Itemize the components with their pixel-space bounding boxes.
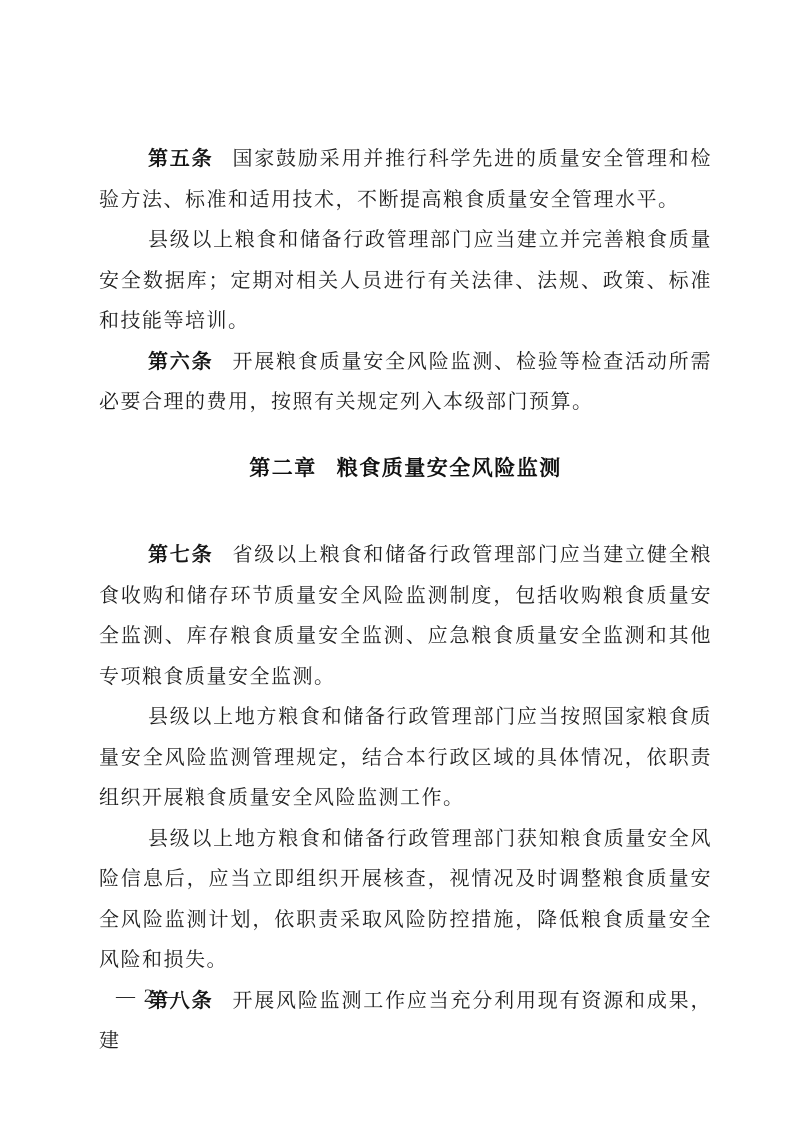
chapter-2-title: 粮食质量安全风险监测 <box>337 457 562 480</box>
document-body: 第五条国家鼓励采用并推行科学先进的质量安全管理和检验方法、标准和适用技术，不断提… <box>99 139 712 1062</box>
paragraph-risk-response: 县级以上地方粮食和储备行政管理部门获知粮食质量安全风险信息后，应当立即组织开展核… <box>99 819 712 981</box>
paragraph-training-database: 县级以上粮食和储备行政管理部门应当建立并完善粮食质量安全数据库；定期对相关人员进… <box>99 220 712 342</box>
article-5-paragraph: 第五条国家鼓励采用并推行科学先进的质量安全管理和检验方法、标准和适用技术，不断提… <box>99 139 712 220</box>
paragraph-local-monitoring-text: 县级以上地方粮食和储备行政管理部门应当按照国家粮食质量安全风险监测管理规定，结合… <box>99 706 712 809</box>
page-number: — 2 — <box>116 986 183 1008</box>
article-6-paragraph: 第六条开展粮食质量安全风险监测、检验等检查活动所需必要合理的费用，按照有关规定列… <box>99 342 712 423</box>
article-5-label: 第五条 <box>148 148 213 170</box>
article-8-paragraph: 第八条开展风险监测工作应当充分利用现有资源和成果，建 <box>99 981 712 1062</box>
chapter-2-label: 第二章 <box>249 457 317 480</box>
article-7-paragraph: 第七条省级以上粮食和储备行政管理部门应当建立健全粮食收购和储存环节质量安全风险监… <box>99 535 712 697</box>
document-page: 第五条国家鼓励采用并推行科学先进的质量安全管理和检验方法、标准和适用技术，不断提… <box>0 0 794 1123</box>
paragraph-risk-response-text: 县级以上地方粮食和储备行政管理部门获知粮食质量安全风险信息后，应当立即组织开展核… <box>99 828 712 972</box>
paragraph-local-monitoring: 县级以上地方粮食和储备行政管理部门应当按照国家粮食质量安全风险监测管理规定，结合… <box>99 697 712 819</box>
paragraph-training-database-text: 县级以上粮食和储备行政管理部门应当建立并完善粮食质量安全数据库；定期对相关人员进… <box>99 229 712 332</box>
article-7-label: 第七条 <box>148 544 213 566</box>
article-6-label: 第六条 <box>148 351 213 373</box>
chapter-2-heading: 第二章粮食质量安全风险监测 <box>99 449 712 490</box>
